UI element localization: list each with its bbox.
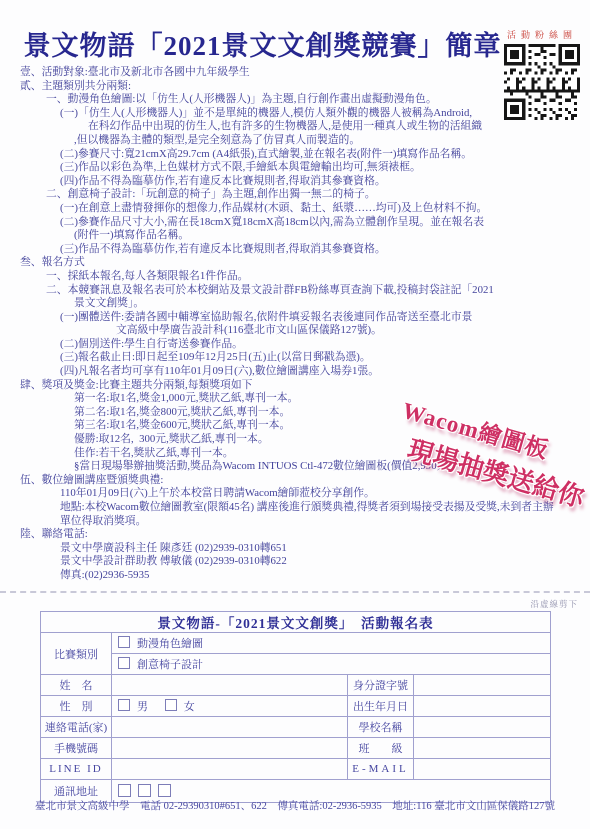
body-line: (二)參賽尺寸:寬21cmX高29.7cm (A4紙張),直式繪製,並在報名表(… bbox=[0, 148, 590, 162]
body-line: 貳、主題類別共分兩類: bbox=[0, 80, 590, 94]
home-phone-field bbox=[112, 717, 348, 738]
registration-form: 景文物語-「2021景文文創獎」 活動報名表 比賽類別 動漫角色繪圖 創意椅子設… bbox=[40, 611, 551, 803]
birthdate-label: 出生年月日 bbox=[348, 696, 414, 717]
body-line: 文高級中學廣告設計科(116臺北市文山區保儀路127號)。 bbox=[0, 324, 590, 338]
category-option-anime: 動漫角色繪圖 bbox=[137, 638, 203, 650]
body-line: (二)參賽作品尺寸大小,需在長18cmX寬18cmX高18cm以內,需為立體創作… bbox=[0, 216, 590, 230]
gender-label: 性 別 bbox=[41, 696, 112, 717]
body-line: (三)報名截止日:即日起至109年12月25日(五)止(以當日郵戳為憑)。 bbox=[0, 351, 590, 365]
body-line: 景文中學設計群助教 傅敏儀 (02)2939-0310轉622 bbox=[0, 555, 590, 569]
postal-code-box-icon bbox=[138, 784, 151, 797]
body-line: 傳真:(02)2936-5935 bbox=[0, 569, 590, 583]
body-text: 壹、活動對象:臺北市及新北市各國中九年級學生貳、主題類別共分兩類:一、動漫角色繪… bbox=[0, 66, 590, 583]
id-number-label: 身分證字號 bbox=[348, 675, 414, 696]
name-label: 姓 名 bbox=[41, 675, 112, 696]
body-line: 陸、聯絡電話: bbox=[0, 528, 590, 542]
body-line: 壹、活動對象:臺北市及新北市各國中九年級學生 bbox=[0, 66, 590, 80]
id-number-field bbox=[414, 675, 551, 696]
body-line: (附件一)填寫作品名稱。 bbox=[0, 229, 590, 243]
category-option-row: 動漫角色繪圖 bbox=[112, 633, 551, 654]
body-line: 第二名:取1名,獎金800元,獎狀乙紙,專刊一本。 bbox=[0, 406, 590, 420]
body-line: 第一名:取1名,獎金1,000元,獎狀乙紙,專刊一本。 bbox=[0, 392, 590, 406]
school-footer: 臺北市景文高級中學 電話 02-29390310#651、622 傳真電話:02… bbox=[0, 798, 590, 813]
line-id-label: LINE ID bbox=[41, 759, 112, 780]
document-page: 景文物語「2021景文文創獎競賽」簡章 活動粉絲團 壹、活動對象:臺北市及新北市… bbox=[0, 0, 590, 829]
email-field bbox=[414, 759, 551, 780]
home-phone-label: 連絡電話(家) bbox=[41, 717, 112, 738]
body-line: (四)凡報名者均可享有110年01月09日(六),數位繪圖講座入場券1張。 bbox=[0, 365, 590, 379]
birthdate-field bbox=[414, 696, 551, 717]
postal-code-box-icon bbox=[118, 784, 131, 797]
body-line: 二、創意椅子設計:「玩創意的椅子」為主題,創作出獨一無二的椅子。 bbox=[0, 188, 590, 202]
category-option-chair: 創意椅子設計 bbox=[137, 659, 203, 671]
gender-field: 男 女 bbox=[112, 696, 348, 717]
page-title: 景文物語「2021景文文創獎競賽」簡章 bbox=[0, 24, 525, 63]
body-line: 二、本競賽訊息及報名表可於本校網站及景文設計群FB粉絲專頁查詢下載,投稿封袋註記… bbox=[0, 284, 590, 298]
body-line: 地點:本校Wacom數位繪圖教室(限額45名) 講座後進行頒獎典禮,得獎者須到場… bbox=[0, 501, 590, 515]
body-line: 在科幻作品中出現的仿生人,也有許多的生物機器人,是使用一種真人或生物的活組織 bbox=[0, 120, 590, 134]
cut-along-line-label: 沿虛線剪下 bbox=[530, 598, 578, 610]
checkbox-anime-icon bbox=[118, 636, 130, 648]
body-line: 景文文創獎」。 bbox=[0, 297, 590, 311]
body-line: 一、動漫角色繪圖:以「仿生人(人形機器人)」為主題,自行創作畫出虛擬動漫角色。 bbox=[0, 93, 590, 107]
checkbox-female-icon bbox=[165, 699, 177, 711]
email-label: E-MAIL bbox=[348, 759, 414, 780]
school-name-field bbox=[414, 717, 551, 738]
body-line: 景文中學廣設科主任 陳彥廷 (02)2939-0310轉651 bbox=[0, 542, 590, 556]
male-label: 男 bbox=[137, 701, 148, 713]
cut-dashed-line bbox=[0, 591, 590, 593]
body-line: (一)在創意上盡情發揮你的想像力,作品媒材(木頭、黏土、紙漿……均可)及上色材料… bbox=[0, 202, 590, 216]
fan-page-label: 活動粉絲團 bbox=[502, 28, 582, 41]
checkbox-male-icon bbox=[118, 699, 130, 711]
body-line: 肆、獎項及獎金:比賽主題共分兩類,每類獎項如下 bbox=[0, 379, 590, 393]
category-label: 比賽類別 bbox=[41, 633, 112, 675]
body-line: (三)作品不得為臨摹仿作,若有違反本比賽規則者,得取消其參賽資格。 bbox=[0, 243, 590, 257]
body-line: (一)「仿生人(人形機器人)」並不是單純的機器人,模仿人類外觀的機器人被稱為An… bbox=[0, 107, 590, 121]
body-line: ,但以機器為主體的類型,是完全刻意為了仿冒真人而製造的。 bbox=[0, 134, 590, 148]
body-line: 叁、報名方式 bbox=[0, 256, 590, 270]
line-id-field bbox=[112, 759, 348, 780]
postal-code-box-icon bbox=[158, 784, 171, 797]
mobile-label: 手機號碼 bbox=[41, 738, 112, 759]
category-option-row: 創意椅子設計 bbox=[112, 654, 551, 675]
body-line: (一)團體送件:委請各國中輔導室協助報名,依附件填妥報名表後連同作品寄送至臺北市… bbox=[0, 311, 590, 325]
body-line: (三)作品以彩色為準,上色媒材方式不限,手繪紙本與電繪輸出均可,無須裱框。 bbox=[0, 161, 590, 175]
school-name-label: 學校名稱 bbox=[348, 717, 414, 738]
qr-finder-top-right bbox=[559, 44, 580, 65]
class-field bbox=[414, 738, 551, 759]
body-line: 一、採紙本報名,每人各類限報名1件作品。 bbox=[0, 270, 590, 284]
form-title: 景文物語-「2021景文文創獎」 活動報名表 bbox=[41, 612, 551, 633]
body-line: (二)個別送件:學生自行寄送參賽作品。 bbox=[0, 338, 590, 352]
class-label: 班 級 bbox=[348, 738, 414, 759]
qr-finder-top-left bbox=[504, 44, 525, 65]
female-label: 女 bbox=[184, 701, 195, 713]
body-line: (四)作品不得為臨摹仿作,若有違反本比賽規則者,得取消其參賽資格。 bbox=[0, 175, 590, 189]
mobile-field bbox=[112, 738, 348, 759]
checkbox-chair-icon bbox=[118, 657, 130, 669]
body-line: 單位得取消獎項。 bbox=[0, 515, 590, 529]
name-field bbox=[112, 675, 348, 696]
